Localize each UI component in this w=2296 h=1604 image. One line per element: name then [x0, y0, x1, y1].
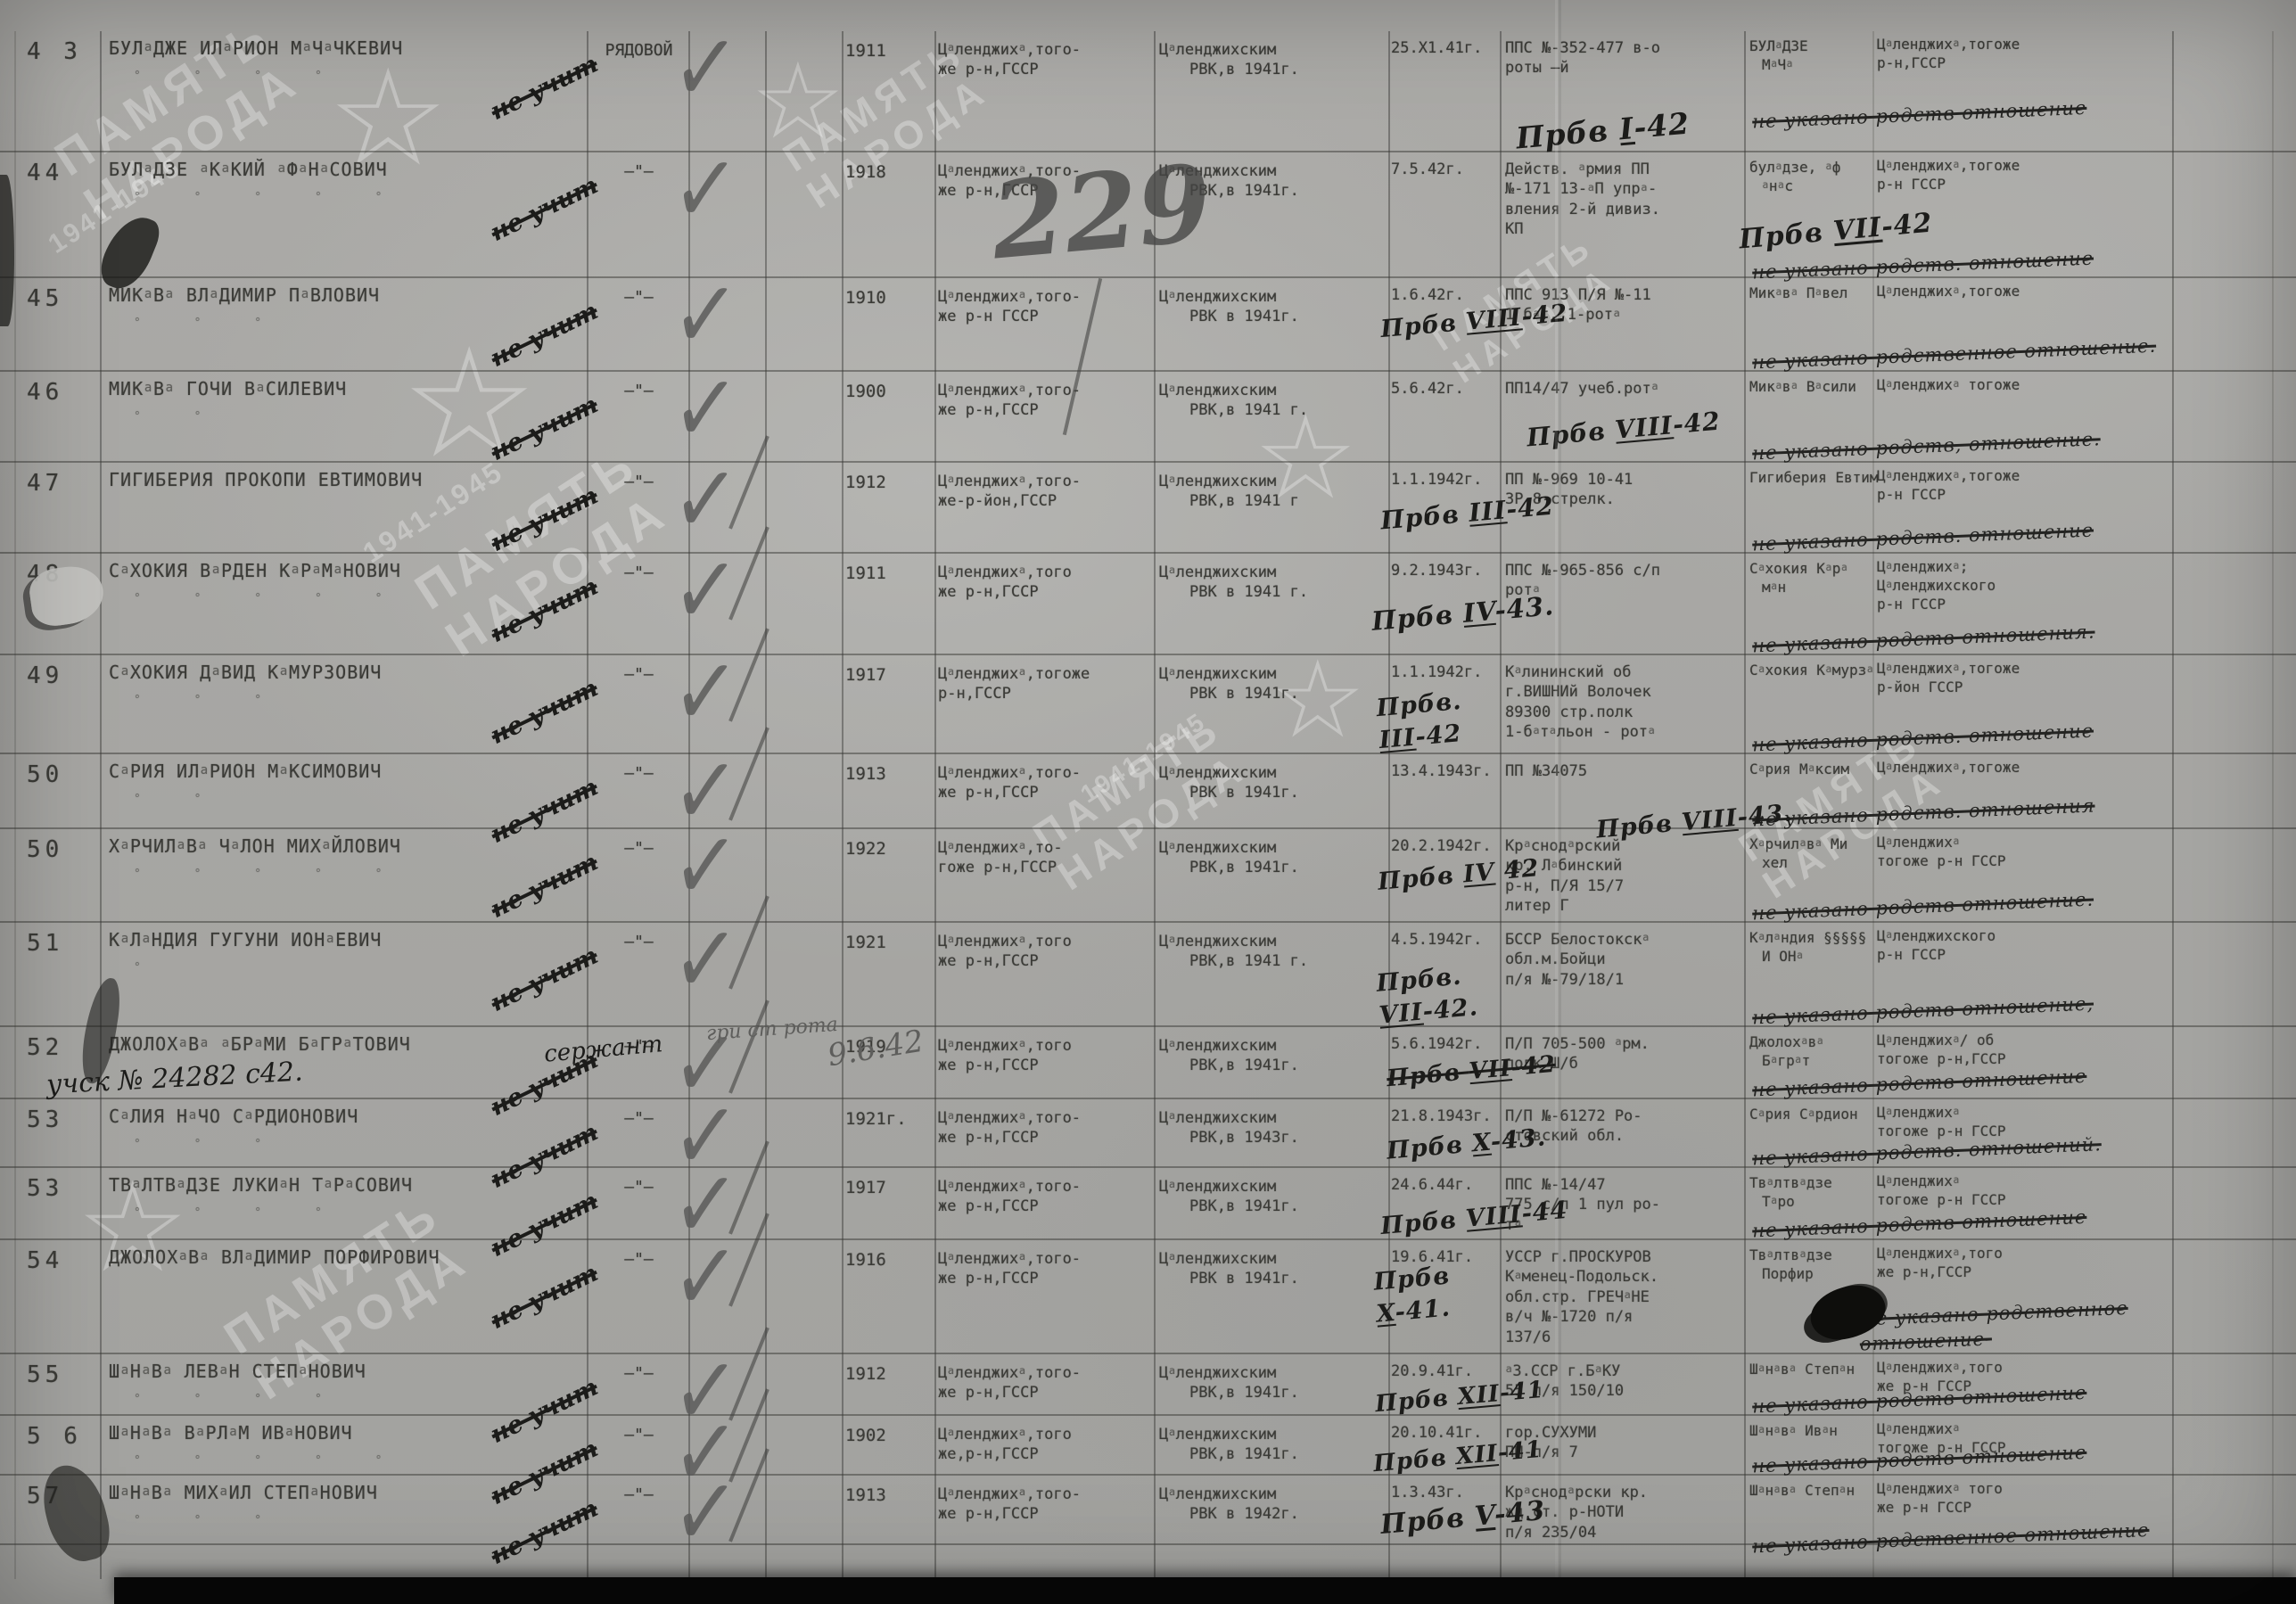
- table-row: 50СаРИЯ ИЛаРИОН МаКСИМОВИЧ° °—"—не учит✓…: [0, 754, 2296, 829]
- row-number: 50: [27, 835, 103, 865]
- row-number: 49: [27, 661, 103, 691]
- row-number: 54: [27, 1246, 103, 1276]
- name-underline-dots: ° ° ° ° °: [134, 190, 405, 205]
- birth-year: 1918: [845, 161, 934, 184]
- draft-rvk: ЦаленджихскимРВК,в 1941 г: [1159, 472, 1389, 512]
- relative-name: Шанава Степан: [1749, 1481, 1879, 1500]
- letter-date: 20.2.1942г.: [1391, 836, 1505, 856]
- crossed-note-relation: не указано родств. отношение: [1752, 712, 2288, 759]
- birthplace: Цаленджиха,то-гоже р-н,ГССР: [938, 838, 1157, 878]
- birth-year: 1922: [845, 838, 934, 860]
- letter-date: 5.6.1942г.: [1391, 1034, 1505, 1054]
- name-underline-dots: ° ° ° °: [134, 1205, 345, 1221]
- soldier-name: ГИГИБЕРИЯ ПРОКОПИ ЕВТИМОВИЧ: [109, 468, 586, 491]
- draft-rvk: ЦаленджихскимРВК,в 1941г.: [1159, 1363, 1389, 1403]
- birthplace: Цаленджиха,того-же р-н,ГССР: [938, 1177, 1157, 1217]
- handwritten-prbv-note: Прбв X-43.: [1386, 1123, 1548, 1168]
- handwritten-prbv-note: Прбв.III-42: [1375, 686, 1466, 756]
- letter-date: 7.5.42г.: [1391, 160, 1505, 179]
- crossed-note-relation: не указано родств, отношение.: [1752, 420, 2288, 467]
- soldier-name: СаХОКИЯ ДаВИД КаМУРЗОВИЧ: [109, 661, 586, 684]
- row-number: 53: [27, 1105, 103, 1135]
- field-post-address: БССР Белостокскаобл.м.Бойцип/я №-79/18/1: [1505, 930, 1746, 990]
- relative-name: ТвалтвадзеПорфир: [1749, 1246, 1879, 1283]
- soldier-name: ШаНаВа ВаРЛаМ ИВаНОВИЧ: [109, 1421, 586, 1444]
- name-underline-dots: ° ° °: [134, 1137, 284, 1152]
- birth-year: 1902: [845, 1425, 934, 1447]
- table-row: 50ХаРЧИЛаВа ЧаЛОН МИХаЙЛОВИЧ° ° ° ° °—"—…: [0, 829, 2296, 923]
- draft-rvk: ЦаленджихскимРВК в 1941г.: [1159, 664, 1389, 704]
- table-row: 54ДЖОЛОХаВа ВЛаДИМИР ПОРФИРОВИЧ—"—не учи…: [0, 1240, 2296, 1354]
- name-underline-dots: ° ° ° °: [134, 1392, 345, 1407]
- draft-rvk: ЦаленджихскимРВК,в 1941г.: [1159, 40, 1389, 80]
- field-post-address: Краснодарскийкр. Лабинскийр-н, П/Я 15/7л…: [1505, 836, 1746, 917]
- soldier-name: КаЛаНДИЯ ГУГУНИ ИОНаЕВИЧ: [109, 928, 586, 951]
- relative-name: Сария Сардион: [1749, 1105, 1879, 1123]
- birthplace: Цаленджиха,тогоже р-н,ГССР: [938, 932, 1157, 972]
- relative-address: Цаленджихатогоже р-н ГССР: [1877, 833, 2180, 870]
- birthplace: Цаленджиха,тогоже р-н,ГССР: [938, 1036, 1157, 1076]
- soldier-name: МИКаВа ВЛаДИМИР ПаВЛОВИЧ: [109, 284, 586, 307]
- birthplace: Цаленджиха,того-же р-н,ГССР: [938, 1108, 1157, 1148]
- relative-name: ТвалтвадзеТаро: [1749, 1173, 1879, 1211]
- relative-name: Харчилава Михел: [1749, 835, 1879, 872]
- relative-address: Цаленджиха;Цаленджихскогор-н ГССР: [1877, 557, 2180, 613]
- draft-rvk: ЦаленджихскимРВК в 1941 г.: [1159, 563, 1389, 603]
- table-row: 46МИКаВа ГОЧИ ВаСИЛЕВИЧ° °—"—не учит✓190…: [0, 372, 2296, 463]
- crossed-note-relation: не указано родств отношение: [1752, 88, 2288, 136]
- letter-date: 20.9.41г.: [1391, 1361, 1505, 1381]
- draft-rvk: ЦаленджихскимРВК,в 1943г.: [1159, 1108, 1389, 1148]
- soldier-name: МИКаВа ГОЧИ ВаСИЛЕВИЧ: [109, 377, 586, 400]
- draft-rvk: ЦаленджихскимРВК в 1941г.: [1159, 287, 1389, 327]
- relative-address: Цаленджиха,тогожер-н,ГССР: [1877, 35, 2180, 72]
- name-underline-dots: ° °: [134, 792, 224, 807]
- handwritten-prbv-note: Прбв.VII-42.: [1375, 959, 1479, 1032]
- table-row: 5 6ШаНаВа ВаРЛаМ ИВаНОВИЧ° ° ° ° °—"—не …: [0, 1416, 2296, 1476]
- birth-year: 1913: [845, 763, 934, 786]
- handwritten-prbv-note: Прбв VIII-44: [1379, 1195, 1569, 1243]
- row-number: 46: [27, 377, 103, 407]
- birth-year: 1910: [845, 287, 934, 309]
- relative-address: Цаленджихскогор-н ГССР: [1877, 926, 2180, 964]
- soldier-name: ДЖОЛОХаВа аБРаМИ БаГРаТОВИЧ: [109, 1032, 586, 1056]
- pencil-checkmark: ✓: [668, 2, 743, 135]
- birth-year: 1917: [845, 664, 934, 687]
- draft-rvk: ЦаленджихскимРВК в 1941г.: [1159, 763, 1389, 803]
- soldier-name: БУЛаДЖЕ ИЛаРИОН МаЧаЧКЕВИЧ: [109, 37, 586, 60]
- pencil-page-number: 229: [986, 141, 1216, 284]
- soldier-name: ХаРЧИЛаВа ЧаЛОН МИХаЙЛОВИЧ: [109, 835, 586, 858]
- soldier-name: ШаНаВа МИХаИЛ СТЕПаНОВИЧ: [109, 1481, 586, 1504]
- relative-name: Сахокия Караман: [1749, 559, 1879, 596]
- birthplace: Цаленджиха,тогоже,р-н,ГССР: [938, 1425, 1157, 1465]
- soldier-name: БУЛаДЗЕ аКаКИЙ аФаНаСОВИЧ: [109, 158, 586, 181]
- handwritten-prbv-note: Прбв IV-43.: [1370, 588, 1556, 638]
- name-underline-dots: ° ° °: [134, 693, 284, 708]
- relative-name: Гигиберия Евтим: [1749, 468, 1879, 487]
- row-number: 4 3: [27, 37, 103, 67]
- pencil-checkmark: ✓: [668, 1211, 743, 1344]
- handwritten-prbv-note: Прбв III-42: [1379, 490, 1556, 539]
- field-post-address: ПП №34075: [1505, 761, 1746, 781]
- field-post-address: Действ. армия ПП№-171 13-аП упра-вления …: [1505, 160, 1746, 240]
- name-underline-dots: ° ° ° ° °: [134, 1453, 405, 1468]
- birthplace: Цаленджиха,того-же-р-йон,ГССР: [938, 472, 1157, 512]
- birth-year: 1912: [845, 472, 934, 494]
- row-number: 45: [27, 284, 103, 314]
- draft-rvk: ЦаленджихскимРВК в 1942г.: [1159, 1485, 1389, 1525]
- letter-date: 1.1.1942г.: [1391, 662, 1505, 682]
- crossed-note-relation: не указано родств. отношение: [1752, 511, 2288, 558]
- relative-name: Шанава Иван: [1749, 1421, 1879, 1440]
- soldier-name: СаРИЯ ИЛаРИОН МаКСИМОВИЧ: [109, 760, 586, 783]
- relative-name: Сахокия Камурза: [1749, 661, 1879, 679]
- soldier-name: СаХОКИЯ ВаРДЕН КаРаМаНОВИЧ: [109, 559, 586, 582]
- crossed-note-relation: Не указано родственноеотношение-: [1858, 1285, 2296, 1357]
- relative-name: Микава Павел: [1749, 284, 1879, 302]
- soldier-name: ШаНаВа ЛЕВаН СТЕПаНОВИЧ: [109, 1360, 586, 1383]
- soldier-name: СаЛИЯ НаЧО СаРДИОНОВИЧ: [109, 1105, 586, 1128]
- table-row: 51КаЛаНДИЯ ГУГУНИ ИОНаЕВИЧ°—"—не учит✓19…: [0, 923, 2296, 1027]
- draft-rvk: ЦаленджихскимРВК,в 1941г.: [1159, 838, 1389, 878]
- handwritten-prbv-note: Прбв VII-42: [1386, 1049, 1557, 1094]
- birth-year: 1921г.: [845, 1108, 934, 1131]
- scan-fold-shadow: [1559, 0, 1561, 1604]
- relative-name: Шанава Степан: [1749, 1360, 1879, 1378]
- relative-address: Цаленджиха тогоже: [1877, 375, 2180, 394]
- name-underline-dots: ° ° °: [134, 1513, 284, 1528]
- birthplace: Цаленджиха,тогоже р-н,ГССР: [938, 563, 1157, 603]
- row-number: 55: [27, 1360, 103, 1390]
- draft-rvk: ЦаленджихскимРВК в 1941г.: [1159, 1249, 1389, 1289]
- birthplace: Цаленджиха,тогожер-н,ГССР: [938, 664, 1157, 704]
- relative-address: Цаленджиха,тогоже р-н,ГССР: [1877, 1244, 2180, 1281]
- birth-year: 1911: [845, 40, 934, 62]
- handwritten-prbv-note: Прбв I-42: [1514, 104, 1691, 158]
- field-post-address: ПП14/47 учеб.рота: [1505, 379, 1746, 399]
- name-underline-dots: ° ° ° ° °: [134, 591, 405, 606]
- name-underline-dots: °: [134, 960, 164, 975]
- table-row: 49СаХОКИЯ ДаВИД КаМУРЗОВИЧ° ° °—"—не учи…: [0, 655, 2296, 754]
- letter-date: 1.6.42г.: [1391, 285, 1505, 305]
- relative-name: буладзе, афанас: [1749, 158, 1879, 195]
- relative-address: Цаленджиха,тогожер-н ГССР: [1877, 466, 2180, 504]
- draft-rvk: ЦаленджихскимРВК,в 1941 г.: [1159, 381, 1389, 421]
- draft-rvk: ЦаленджихскимРВК,в 1941г.: [1159, 1177, 1389, 1217]
- birth-year: 1913: [845, 1485, 934, 1507]
- letter-date: 24.6.44г.: [1391, 1175, 1505, 1195]
- relative-name: Каландия §§§§§И ОНа: [1749, 928, 1879, 966]
- handwritten-note: 9.6.42: [825, 1022, 926, 1076]
- scanned-document-page: ☆ПАМЯТЬНАРОДА1941-1945☆ПАМЯТЬНАРОДА☆ПАМЯ…: [0, 0, 2296, 1604]
- crossed-note-relation: не указано родственное отношение.: [1752, 329, 2288, 376]
- scan-black-edge: [114, 1577, 2296, 1604]
- handwritten-prbv-note: Прбв VII-42: [1738, 206, 1934, 258]
- table-row: 53ТВаЛТВаДЗЕ ЛУКИаН ТаРаСОВИЧ° ° ° °—"—н…: [0, 1168, 2296, 1240]
- crossed-note-ne-uchit: не учит: [485, 5, 691, 127]
- relative-address: Цаленджиха тогоже р-н ГССР: [1877, 1479, 2180, 1517]
- soldier-name: ДЖОЛОХаВа ВЛаДИМИР ПОРФИРОВИЧ: [109, 1246, 586, 1269]
- relative-name: Микава Васили: [1749, 377, 1879, 396]
- birthplace: Цаленджиха,того-же р-н,ГССР: [938, 40, 1157, 80]
- relative-name: Сария Максим: [1749, 760, 1879, 778]
- birthplace: Цаленджиха,того-же р-н,ГССР: [938, 381, 1157, 421]
- letter-date: 13.4.1943г.: [1391, 761, 1505, 781]
- crossed-note-relation: не указано родств отношения.: [1752, 613, 2288, 660]
- birthplace: Цаленджиха,того-же р-н,ГССР: [938, 1363, 1157, 1403]
- relative-address: Цаленджиха,тогожер-н ГССР: [1877, 156, 2180, 193]
- birthplace: Цаленджиха,того-же р-н,ГССР: [938, 1485, 1157, 1525]
- table-row: 4 3БУЛаДЖЕ ИЛаРИОН МаЧаЧКЕВИЧ° ° ° °РЯДО…: [0, 31, 2296, 152]
- pencil-checkmark: ✓: [668, 123, 743, 256]
- birth-year: 1921: [845, 932, 934, 954]
- row-number: 50: [27, 760, 103, 790]
- relative-name: БУЛаДЗЕМаЧа: [1749, 37, 1879, 74]
- name-underline-dots: ° ° ° °: [134, 69, 345, 84]
- name-underline-dots: ° °: [134, 409, 224, 424]
- soldier-name: ТВаЛТВаДЗЕ ЛУКИаН ТаРаСОВИЧ: [109, 1173, 586, 1197]
- table-row: 55ШаНаВа ЛЕВаН СТЕПаНОВИЧ° ° ° °—"—не уч…: [0, 1354, 2296, 1416]
- handwritten-prbv-note: ПрбвX-41.: [1372, 1260, 1454, 1329]
- relative-address: Цаленджиха,тогоже: [1877, 758, 2180, 777]
- letter-date: 4.5.1942г.: [1391, 930, 1505, 950]
- letter-date: 9.2.1943г.: [1391, 561, 1505, 580]
- row-number: 44: [27, 158, 103, 188]
- birth-year: 1912: [845, 1363, 934, 1386]
- letter-date: 1.1.1942г.: [1391, 470, 1505, 489]
- table-row: 45МИКаВа ВЛаДИМИР ПаВЛОВИЧ° ° °—"—не учи…: [0, 278, 2296, 372]
- birthplace: Цаленджиха,того-же р-н,ГССР: [938, 1249, 1157, 1289]
- field-post-address: УССР г.ПРОСКУРОВКаменец-Подольск.обл.стр…: [1505, 1247, 1746, 1347]
- table-row: 57ШаНаВа МИХаИЛ СТЕПаНОВИЧ° ° °—"—не учи…: [0, 1476, 2296, 1545]
- relative-address: Цаленджиха,тогоже: [1877, 282, 2180, 300]
- table-row: 48СаХОКИЯ ВаРДЕН КаРаМаНОВИЧ° ° ° ° °—"—…: [0, 554, 2296, 655]
- birth-year: 1900: [845, 381, 934, 403]
- row-number: 51: [27, 928, 103, 958]
- draft-rvk: ЦаленджихскимРВК,в 1941 г.: [1159, 932, 1389, 972]
- draft-rvk: ЦаленджихскимРВК,в 1941г.: [1159, 1036, 1389, 1076]
- draft-rvk: ЦаленджихскимРВК,в 1941г.: [1159, 1425, 1389, 1465]
- table-row: 52ДЖОЛОХаВа аБРаМИ БаГРаТОВИЧ—"—не учит✓…: [0, 1027, 2296, 1099]
- name-underline-dots: ° ° ° ° °: [134, 867, 405, 882]
- scan-fold-line: [1555, 0, 1558, 1604]
- table-row: 53СаЛИЯ НаЧО СаРДИОНОВИЧ° ° °—"—не учит✓…: [0, 1099, 2296, 1168]
- letter-date: 25.X1.41г.: [1391, 38, 1505, 58]
- letter-date: 5.6.42г.: [1391, 379, 1505, 399]
- row-number: 47: [27, 468, 103, 498]
- field-post-address: Калининский обг.ВИШНИй Волочек89300 стр.…: [1505, 662, 1746, 743]
- relative-address: Цаленджиха,тогожер-йон ГССР: [1877, 659, 2180, 696]
- birthplace: Цаленджиха,того-же р-н ГССР: [938, 287, 1157, 327]
- crossed-note-relation: не указано родств отношение,: [1752, 984, 2288, 1032]
- field-post-address: ППС №-352-477 в-ороты —й: [1505, 38, 1746, 78]
- table-row: 47ГИГИБЕРИЯ ПРОКОПИ ЕВТИМОВИЧ—"—не учит✓…: [0, 463, 2296, 554]
- row-number: 5 6: [27, 1421, 103, 1452]
- name-underline-dots: ° ° °: [134, 316, 284, 331]
- relative-name: ДжолохаваБаграт: [1749, 1032, 1879, 1070]
- birth-year: 1911: [845, 563, 934, 585]
- crossed-note-relation: не указано родств. отношения: [1752, 786, 2288, 834]
- letter-date: 21.8.1943г.: [1391, 1106, 1505, 1126]
- birth-year: 1916: [845, 1249, 934, 1271]
- row-number: 53: [27, 1173, 103, 1204]
- birthplace: Цаленджиха,того-же р-н,ГССР: [938, 763, 1157, 803]
- birth-year: 1917: [845, 1177, 934, 1199]
- crossed-note-relation: не указано родств отношение.: [1752, 880, 2288, 927]
